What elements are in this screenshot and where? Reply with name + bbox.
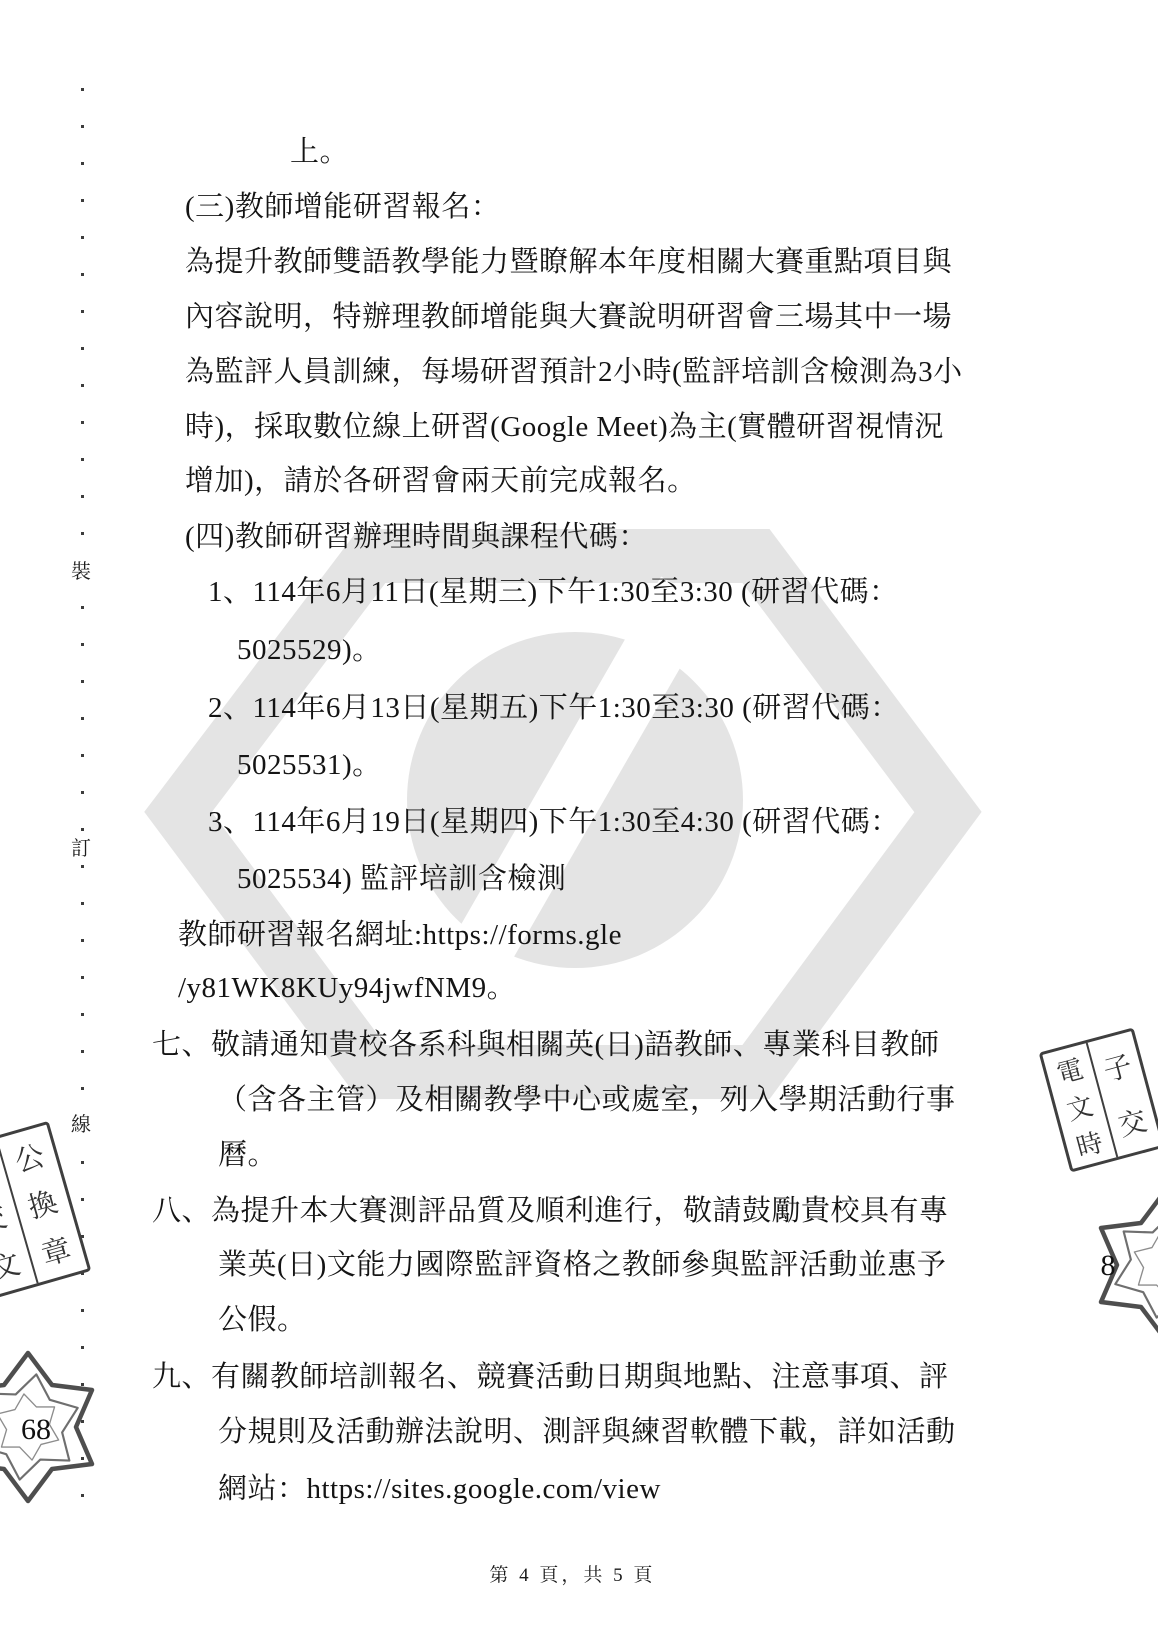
binding-mark-ding: 訂 [69, 834, 93, 864]
seal-number: 68 [21, 1413, 51, 1446]
binding-mark-xian: 線 [69, 1110, 93, 1140]
stamp-char: 時 [1072, 1122, 1107, 1164]
stamp-char: 交 [1113, 1099, 1150, 1145]
document-line: 5025534) 監評培訓含檢測 [237, 862, 566, 896]
document-line: 九、有關教師培訓報名、競賽活動日期與地點、注意事項、評 [152, 1360, 949, 1394]
document-line: 公假。 [218, 1303, 307, 1337]
document-page: 裝 訂 線 上。 (三)教師增能研習報名： 為提升教師雙語教學能力暨瞭解本年度相… [0, 0, 1158, 1649]
document-line: 分規則及活動辦法說明、測評與練習軟體下載，詳如活動 [218, 1415, 956, 1449]
document-line: 為監評人員訓練，每場研習預計2小時(監評培訓含檢測為3小 [185, 355, 963, 389]
binding-dotted-line [81, 88, 84, 1512]
binding-mark-zhuang: 裝 [69, 557, 93, 587]
document-line: 5025529)。 [237, 633, 382, 667]
document-line: 業英(日)文能力國際監評資格之教師參與監評活動並惠予 [218, 1248, 946, 1282]
document-line: 上。 [290, 135, 349, 169]
document-line: (四)教師研習辦理時間與課程代碼： [185, 520, 648, 554]
stamp-char: 章 [36, 1227, 75, 1274]
document-line: 為提升教師雙語教學能力暨瞭解本年度相關大賽重點項目與 [185, 245, 952, 279]
document-line: (三)教師增能研習報名： [185, 190, 500, 224]
star-seal-8: 8 [1085, 1185, 1158, 1345]
document-line: 網站：https://sites.google.com/view [218, 1472, 661, 1506]
document-line: /y81WK8KUy94jwfNM9。 [178, 971, 516, 1005]
document-line: 5025531)。 [237, 748, 382, 782]
stamp-char: 文 [0, 1241, 25, 1288]
stamp-char: 交 [0, 1195, 11, 1242]
stamp-char: 電 [1052, 1048, 1087, 1090]
document-line: 時)，採取數位線上研習(Google Meet)為主(實體研習視情況 [185, 410, 944, 444]
document-line: 增加)，請於各研習會兩天前完成報名。 [185, 464, 697, 498]
document-line: 八、為提升本大賽測評品質及順利進行，敬請鼓勵貴校具有專 [152, 1194, 949, 1228]
document-line: 教師研習報名網址:https://forms.gle [178, 918, 622, 952]
stamp-char: 公 [9, 1133, 48, 1180]
document-line: 2、114年6月13日(星期五)下午1:30至3:30 (研習代碼： [208, 691, 900, 725]
stamp-char: 換 [23, 1180, 62, 1227]
stamp-char: 文 [1062, 1085, 1097, 1127]
star-seal-68: 68 [0, 1347, 108, 1507]
seal-number: 8 [1101, 1249, 1116, 1282]
page-number-footer: 第 4 頁，共 5 頁 [489, 1560, 655, 1587]
stamp-char: 子 [1099, 1043, 1136, 1089]
document-line: 七、敬請通知貴校各系科與相關英(日)語教師、專業科目教師 [152, 1028, 939, 1062]
document-line: （含各主管）及相關教學中心或處室，列入學期活動行事 [218, 1083, 956, 1117]
document-line: 內容說明，特辦理教師增能與大賽說明研習會三場其中一場 [185, 300, 952, 334]
document-line: 曆。 [218, 1138, 277, 1172]
document-line: 1、114年6月11日(星期三)下午1:30至3:30 (研習代碼： [208, 575, 899, 609]
document-line: 3、114年6月19日(星期四)下午1:30至4:30 (研習代碼： [208, 805, 900, 839]
